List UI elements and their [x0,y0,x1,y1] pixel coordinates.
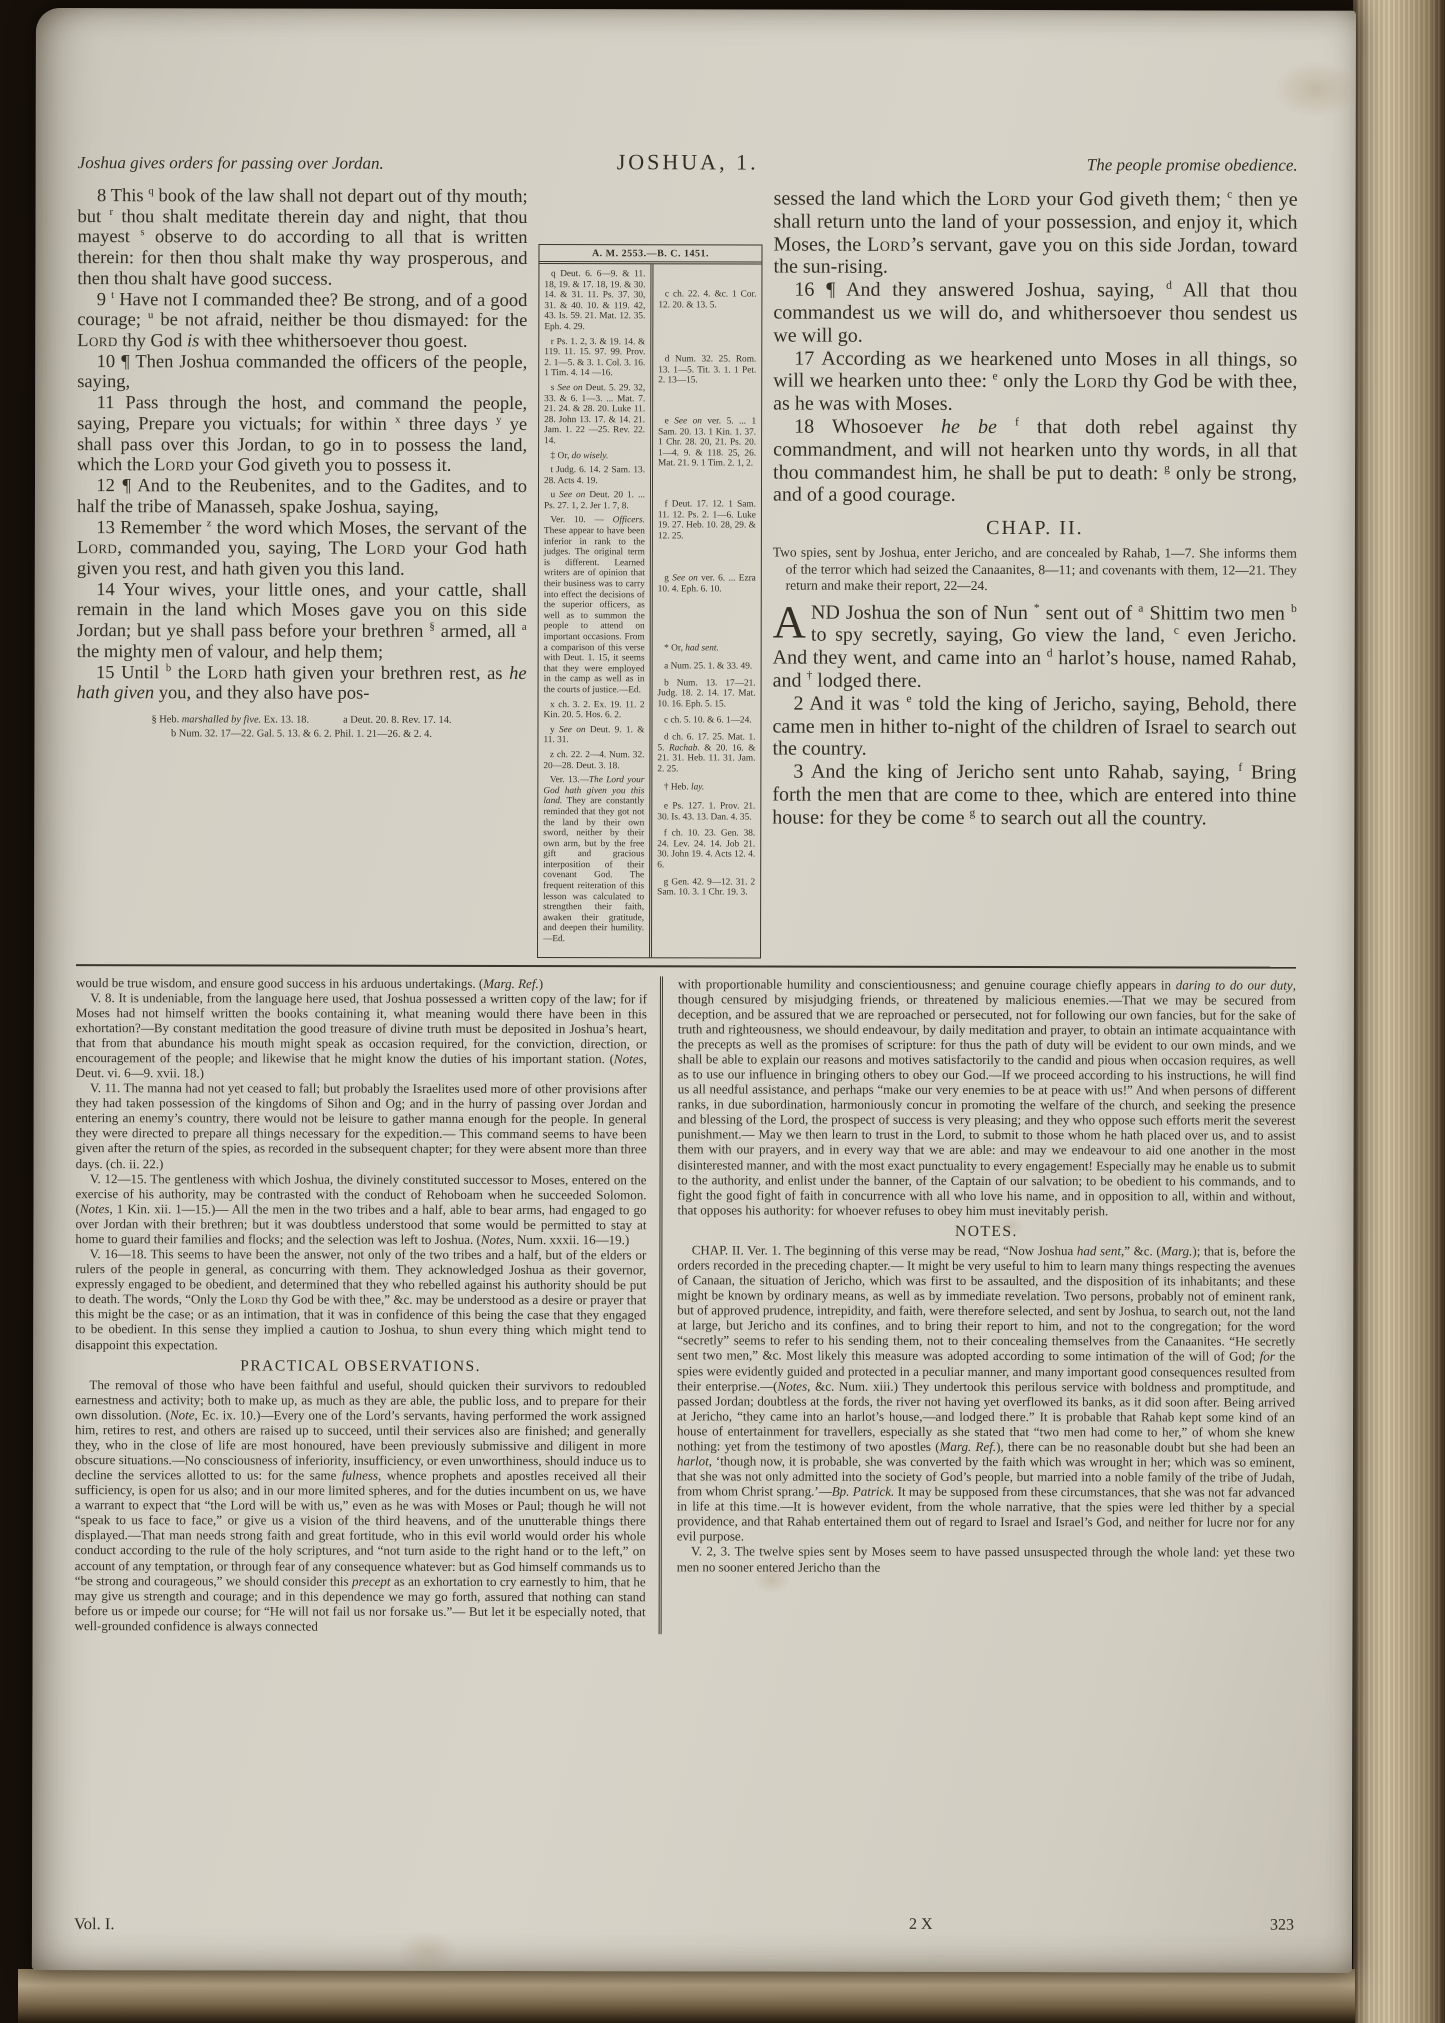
commentary-left-column: would be true wisdom, and ensure good su… [75,975,647,1634]
page-number: 323 [1270,1917,1294,1935]
verse-1-text: ND Joshua the son of Nun * sent out of a… [773,601,1297,692]
practical-observations-heading: PRACTICAL OBSERVATIONS. [75,1357,646,1376]
margin-reference-box: A. M. 2553.—B. C. 1451. q Deut. 6. 6—9. … [537,244,762,958]
margin-ref: f Deut. 17. 12. 1 Sam. 11. 12. Ps. 2. 1—… [658,499,756,542]
chapter-2-argument: Two spies, sent by Joshua, enter Jericho… [773,545,1297,596]
footnote: b Num. 32. 17—22. Gal. 5. 13. & 6. 2. Ph… [76,727,526,742]
verse-10: 10 ¶ Then Joshua commanded the officers … [77,352,527,394]
scripture-right-column: sessed the land which the Lord your God … [772,188,1298,960]
scripture-section: 8 This q book of the law shall not depar… [76,186,1298,959]
margin-ref: x ch. 3. 2. Ex. 19. 11. 2 Kin. 20. 5. Ho… [544,700,645,721]
volume-label: Vol. I. [74,1914,645,1935]
verse-17: 17 According as we hearkened unto Moses … [773,347,1297,416]
commentary-paragraph-v12-15: V. 12—15. The gentleness with which Josh… [75,1171,646,1248]
commentary-paragraph-v8: V. 8. It is undeniable, from the languag… [76,990,647,1082]
margin-reference-columns: q Deut. 6. 6—9. & 11. 18, 19. & 17. 18, … [538,264,761,957]
margin-ref: a Num. 25. 1. & 33. 49. [658,661,756,672]
margin-refs-right: c ch. 22. 4. &c. 1 Cor. 12. 20. & 13. 5.… [649,264,761,957]
book-scan: Joshua gives orders for passing over Jor… [0,0,1445,2023]
verse-8: 8 This q book of the law shall not depar… [77,186,527,291]
chapter-2-verse-2: 2 And it was e told the king of Jericho,… [772,692,1296,761]
page-edges-right [1353,0,1445,2023]
margin-ref: z ch. 22. 2—4. Num. 32. 20—28. Deut. 3. … [543,750,644,771]
chapter-2-heading: CHAP. II. [773,517,1297,541]
notes-heading: NOTES. [677,1222,1295,1241]
running-head-left: Joshua gives orders for passing over Jor… [78,153,617,174]
margin-ref: q Deut. 6. 6—9. & 11. 18, 19. & 17. 18, … [544,269,645,333]
margin-ref: c ch. 22. 4. &c. 1 Cor. 12. 20. & 13. 5. [658,289,756,310]
signature-mark: 2 X [909,1916,933,1934]
margin-ref: y See on Deut. 9. 1. & 11. 31. [543,725,644,746]
margin-ref: d Num. 32. 25. Rom. 13. 1—5. Tit. 3. 1. … [658,354,756,386]
commentary-right-column: with proportionable humility and conscie… [659,976,1296,1636]
commentary-section: would be true wisdom, and ensure good su… [75,975,1296,1636]
margin-ref: e Ps. 127. 1. Prov. 21. 30. Is. 43. 13. … [657,801,755,822]
margin-ref: e See on ver. 5. ... 1 Sam. 20. 13. 1 Ki… [658,416,756,469]
margin-ref: ‡ Or, do wisely. [544,451,645,462]
scripture-footnotes: § Heb. marshalled by five. Ex. 13. 18. a… [76,713,526,742]
chapter-2-verse-1: AND Joshua the son of Nun * sent out of … [773,601,1297,693]
scripture-left-column: 8 This q book of the law shall not depar… [76,186,528,958]
margin-ref: r Ps. 1. 2, 3. & 19. 14. & 119. 11. 15. … [544,337,645,380]
margin-ref: † Heb. lay. [657,783,755,794]
verse-18: 18 Whosoever he be f that doth rebel aga… [773,416,1297,508]
notes-paragraph-v2-3: V. 2, 3. The twelve spies sent by Moses … [677,1544,1295,1575]
running-head: Joshua gives orders for passing over Jor… [78,148,1298,177]
commentary-continuation: with proportionable humility and conscie… [677,976,1296,1219]
margin-ref: * Or, had sent. [658,643,756,654]
running-head-right: The people promise obedience. [759,155,1298,176]
commentary-paragraph-v11: V. 11. The manna had not yet ceased to f… [76,1080,647,1172]
footnote: § Heb. marshalled by five. Ex. 13. 18. [151,713,309,727]
margin-ref: c ch. 5. 10. & 6. 1—24. [657,716,755,727]
margin-ref: s See on Deut. 5. 29. 32, 33. & 6. 1—3. … [544,383,645,447]
verse-11: 11 Pass through the host, and command th… [77,393,527,477]
page-title: JOSHUA, 1. [617,149,759,175]
margin-ref: u See on Deut. 20 1. ... Ps. 27. 1, 2. J… [544,490,645,511]
chapter-2-verse-3: 3 And the king of Jericho sent unto Raha… [772,761,1296,830]
margin-ref: g Gen. 42. 9—12. 31. 2 Sam. 10. 3. 1 Chr… [657,877,755,898]
page-footer: Vol. I. 2 X 323 [74,1904,1294,1937]
margin-note-ver-10: Ver. 10. — Officers. These appear to hav… [544,516,645,696]
footer-right: 2 X 323 [645,1915,1294,1936]
margin-note-ver-13: Ver. 13.—The Lord your God hath given yo… [543,775,644,945]
commentary-paragraph-v16-18: V. 16—18. This seems to have been the an… [75,1246,646,1353]
drop-cap: A [773,601,811,641]
footnote: a Deut. 20. 8. Rev. 17. 14. [343,714,451,728]
margin-ref: g See on ver. 6. ... Ezra 10. 4. Eph. 6.… [658,574,756,595]
margin-refs-left: q Deut. 6. 6—9. & 11. 18, 19. & 17. 18, … [538,264,650,957]
section-divider-rule [76,964,1296,969]
margin-ref: b Num. 13. 17—21. Judg. 18. 2. 14. 17. M… [658,678,756,710]
verse-9: 9 t Have not I commanded thee? Be strong… [77,290,527,353]
page-edges-bottom [18,1969,1355,2023]
chronology-date: A. M. 2553.—B. C. 1451. [539,245,761,264]
page-content: Joshua gives orders for passing over Jor… [32,8,1356,1973]
verse-13: 13 Remember z the word which Moses, the … [77,518,527,581]
verse-16: 16 ¶ And they answered Joshua, saying, d… [773,279,1297,348]
verse-15: 15 Until b the Lord hath given your bret… [77,663,527,705]
margin-ref: d ch. 6. 17. 25. Mat. 1. 5. Rachab. & 20… [657,732,755,775]
verse-12: 12 ¶ And to the Reubenites, and to the G… [77,476,527,518]
book-page: Joshua gives orders for passing over Jor… [32,8,1356,1973]
margin-ref: t Judg. 6. 14. 2 Sam. 13. 28. Acts 4. 19… [544,465,645,486]
footnote-row: § Heb. marshalled by five. Ex. 13. 18. a… [76,713,526,728]
margin-ref: f ch. 10. 23. Gen. 38. 24. Lev. 24. 14. … [657,829,755,872]
verse-14: 14 Your wives, your little ones, and you… [77,580,527,664]
practical-observations-body: The removal of those who have been faith… [75,1377,647,1635]
notes-paragraph-ch2-v1: CHAP. II. Ver. 1. The beginning of this … [677,1242,1296,1545]
commentary-paragraph: would be true wisdom, and ensure good su… [76,975,647,991]
verse-15-continued: sessed the land which the Lord your God … [773,188,1297,280]
